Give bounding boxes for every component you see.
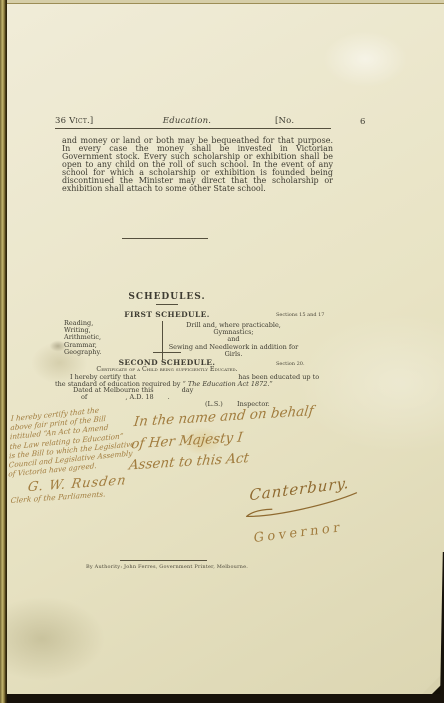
first-schedule-heading: FIRST SCHEDULE.: [55, 310, 279, 319]
schedules-rule: [156, 304, 178, 305]
body-paragraph: and money or land or both may be bequeat…: [62, 137, 333, 193]
section-divider-rule: [122, 238, 208, 239]
header-regnal-year: 36 Vict.]: [55, 116, 93, 126]
document-page: 36 Vict.] Education. [No. 6 and money or…: [7, 3, 444, 694]
page-number: 6: [360, 117, 366, 127]
first-schedule-column-divider: [162, 321, 163, 360]
first-schedule-margin-note: Sections 15 and 17: [276, 312, 338, 318]
certificate-line-4: of, A.D. 18.: [55, 394, 337, 401]
certificate-body: I hereby certify thathas been educated u…: [55, 374, 337, 400]
printer-imprint: By Authority: John Ferres, Government Pr…: [55, 564, 279, 570]
royal-assent-note: In the name and on behalfof Her Majesty …: [128, 400, 335, 477]
certificate-line-3: Dated at Melbourne thisday: [55, 387, 337, 394]
document-scan: 36 Vict.] Education. [No. 6 and money or…: [0, 0, 444, 703]
text-line: Girls.: [167, 351, 300, 358]
header-running-title: Education.: [127, 116, 247, 126]
certificate-subtitle: Certificate of a Child being sufficientl…: [35, 366, 299, 373]
header-number-label: [No.: [275, 116, 294, 126]
first-schedule-additional: Drill and, where practicable, Gymnastics…: [167, 322, 300, 358]
governor-title: Governor: [253, 520, 343, 546]
first-schedule-end-rule: [153, 352, 181, 353]
clerk-title: Clerk of the Parliaments.: [10, 489, 106, 505]
act-citation: “ The Education Act 1872.”: [183, 380, 273, 388]
page-binding-edge: [0, 0, 7, 703]
schedules-heading: SCHEDULES.: [55, 292, 279, 302]
first-schedule-subjects: Reading,Writing,Arithmetic,Grammar,Geogr…: [64, 320, 101, 356]
text-line: Geography.: [64, 349, 101, 356]
header-rule: [55, 128, 331, 129]
imprint-rule: [120, 560, 207, 561]
clerk-certification-note: I hereby certify that theabove fair prin…: [8, 402, 136, 479]
text-line: Drill and, where practicable, Gymnastics…: [167, 322, 300, 336]
